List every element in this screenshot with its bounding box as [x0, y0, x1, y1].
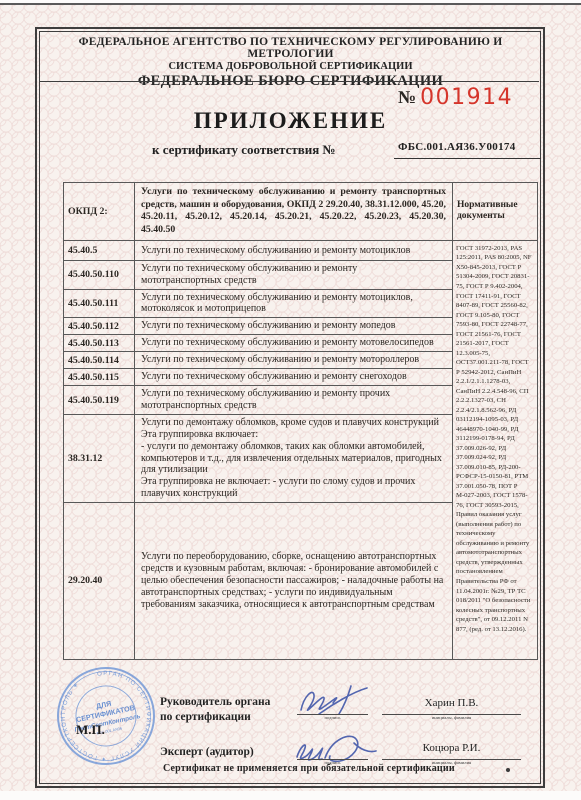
okpd-code: 38.31.12	[64, 415, 135, 503]
okpd-code: 45.40.50.119	[64, 386, 135, 415]
table-row: 45.40.5 Услуги по техническому обслужива…	[64, 240, 538, 260]
header-normative: Нормативные документы	[453, 183, 538, 241]
header-services: Услуги по техническому обслуживанию и ре…	[135, 183, 453, 241]
service-description: Услуги по техническому обслуживанию и ре…	[135, 352, 453, 369]
certificate-note: Сертификат не применяется при обязательн…	[163, 763, 455, 774]
role-head-of-body-line2: по сертификации	[160, 711, 251, 723]
role-expert-auditor: Эксперт (аудитор)	[160, 746, 254, 758]
scan-edge-bottom	[0, 791, 581, 800]
page-mark-dot	[506, 768, 510, 772]
serial-prefix: №	[398, 88, 416, 106]
letterhead-line2: СИСТЕМА ДОБРОВОЛЬНОЙ СЕРТИФИКАЦИИ	[45, 61, 536, 72]
okpd-code: 45.40.5	[64, 240, 135, 260]
letterhead-line1: ФЕДЕРАЛЬНОЕ АГЕНТСТВО ПО ТЕХНИЧЕСКОМУ РЕ…	[45, 36, 536, 60]
service-description: Услуги по техническому обслуживанию и ре…	[135, 335, 453, 352]
stamp-place-label: М.П.	[76, 722, 105, 738]
expert-name: Коцюра Р.И.	[382, 742, 521, 754]
service-description: Услуги по техническому обслуживанию и ре…	[135, 386, 453, 415]
service-description: Услуги по техническому обслуживанию и ре…	[135, 240, 453, 260]
serial-number-block: № 001914	[398, 88, 513, 109]
service-description: Услуги по техническому обслуживанию и ре…	[135, 260, 453, 289]
page-title: ПРИЛОЖЕНИЕ	[0, 108, 581, 134]
normative-documents-cell: ГОСТ 31972-2013, PAS 125:2011, PAS 80:20…	[453, 240, 538, 659]
caption-signature: подпись	[297, 716, 368, 721]
certificate-number: ФБС.001.АЯ36.У00174	[398, 141, 516, 153]
okpd-code: 45.40.50.111	[64, 289, 135, 318]
letterhead-divider	[40, 81, 539, 82]
certificate-page: ФЕДЕРАЛЬНОЕ АГЕНТСТВО ПО ТЕХНИЧЕСКОМУ РЕ…	[0, 0, 581, 800]
role-head-of-body-line1: Руководитель органа	[160, 696, 270, 708]
okpd-code: 45.40.50.113	[64, 335, 135, 352]
head-name: Харин П.В.	[382, 697, 521, 709]
certificate-number-underline	[394, 158, 541, 159]
serial-number: 001914	[420, 88, 513, 109]
service-description: Услуги по техническому обслуживанию и ре…	[135, 369, 453, 386]
header-okpd: ОКПД 2:	[64, 183, 135, 241]
signature-head-icon	[295, 684, 380, 718]
service-description: Услуги по демонтажу обломков, кроме судо…	[135, 415, 453, 503]
certification-stamp-icon: ОРГАН ПО СЕРТИФИКАЦИИ УСЛУГ ✦ ГОСТСЕРТКО…	[54, 664, 158, 768]
okpd-code: 45.40.50.114	[64, 352, 135, 369]
okpd-code: 45.40.50.115	[64, 369, 135, 386]
okpd-code: 45.40.50.112	[64, 318, 135, 335]
scan-edge-line	[0, 3, 581, 5]
okpd-code: 45.40.50.110	[64, 260, 135, 289]
table-header-row: ОКПД 2: Услуги по техническому обслужива…	[64, 183, 538, 241]
service-description: Услуги по переоборудованию, сборке, осна…	[135, 502, 453, 659]
caption-initials: инициалы, фамилия	[382, 716, 521, 721]
service-description: Услуги по техническому обслуживанию и ре…	[135, 318, 453, 335]
service-description: Услуги по техническому обслуживанию и ре…	[135, 289, 453, 318]
okpd-code: 29.20.40	[64, 502, 135, 659]
subtitle: к сертификату соответствия №	[152, 142, 336, 158]
okpd-services-table: ОКПД 2: Услуги по техническому обслужива…	[63, 182, 538, 660]
